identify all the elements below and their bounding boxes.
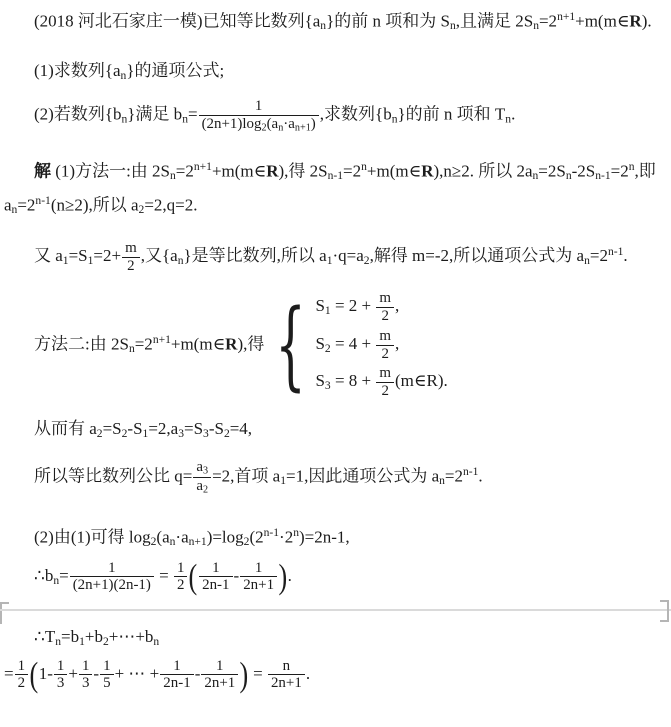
- question-part1: (1)求数列{an}的通项公式;: [3, 60, 668, 83]
- solution-method2-line3: 所以等比数列公比 q=a3a2=2,首项 a1=1,因此通项公式为 an=2n-…: [3, 459, 668, 496]
- solution-part2-line3: ∴Tn=b1+b2+⋯+bn: [3, 626, 668, 649]
- solution-method2-intro: 方法二:由 2Sn=2n+1+m(m∈R),得: [34, 333, 264, 357]
- page-divider-line: [0, 609, 671, 611]
- page-corner-right-icon: [660, 600, 669, 622]
- solution-method2-block: 方法二:由 2Sn=2n+1+m(m∈R),得 { S1 = 2 + m2, S…: [3, 290, 668, 399]
- page-corner-left-icon: [0, 602, 9, 624]
- system-equation-s1: S1 = 2 + m2,: [315, 290, 447, 324]
- system-equation-s3: S3 = 8 + m2(m∈R).: [315, 365, 447, 399]
- question-part2: (2)若数列{bn}满足 bn=1(2n+1)log2(an·an+1),求数列…: [3, 98, 668, 134]
- solution-method1-line3: 又 a1=S1=2+m2,又{an}是等比数列,所以 a1·q=a2,解得 m=…: [3, 240, 668, 274]
- page-boundary: [0, 600, 671, 624]
- document-page: (2018 河北石家庄一模)已知等比数列{an}的前 n 项和为 Sn,且满足 …: [0, 0, 671, 727]
- solution-method1-line1: 解 (1)方法一:由 2Sn=2n+1+m(m∈R),得 2Sn-1=2n+m(…: [3, 160, 668, 184]
- solution-method2-line2: 从而有 a2=S2-S1=2,a3=S3-S2=4,: [3, 418, 668, 441]
- equation-system: S1 = 2 + m2, S2 = 4 + m2, S3 = 8 + m2(m∈…: [315, 290, 447, 399]
- system-brace: {: [276, 297, 307, 393]
- solution-part2-line2: ∴bn=1(2n+1)(2n-1) = 12(12n-1-12n+1).: [3, 560, 668, 594]
- solution-part2-line1: (2)由(1)可得 log2(an·an+1)=log2(2n-1·2n)=2n…: [3, 526, 668, 550]
- solution-part2-line4: =12(1-13+13-15+ ⋯ +12n-1-12n+1) = n2n+1.: [3, 658, 668, 692]
- problem-statement: (2018 河北石家庄一模)已知等比数列{an}的前 n 项和为 Sn,且满足 …: [3, 10, 668, 34]
- system-equation-s2: S2 = 4 + m2,: [315, 328, 447, 362]
- solution-method1-line2: an=2n-1(n≥2),所以 a2=2,q=2.: [3, 194, 668, 218]
